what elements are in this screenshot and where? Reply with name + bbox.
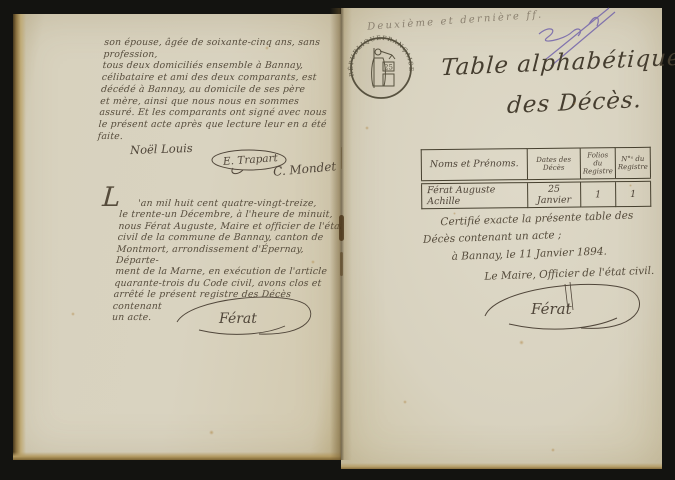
mayor-signature-left: Férat: [163, 290, 323, 340]
col-header-folios: Folios du Registre: [580, 148, 615, 181]
foxing-spot: [311, 260, 315, 264]
mayor-signature-left-text: Férat: [218, 311, 257, 327]
manuscript-line: le présent acte après que lecture leur e…: [98, 119, 341, 131]
left-page-bottom-edge: [13, 452, 341, 460]
left-page-stacked-edge: [13, 14, 26, 460]
foxing-spot: [551, 448, 555, 452]
cell-name: Férat Auguste Achille: [422, 181, 528, 209]
col-header-numeros: N°ˢ du Registre: [615, 147, 650, 180]
col-header-noms: Noms et Prénoms.: [421, 149, 527, 183]
foxing-spot: [573, 102, 576, 105]
initial-capital: L: [102, 192, 121, 203]
signature-noel-louis: Noël Louis: [130, 141, 193, 157]
manuscript-line: célibataire et ami des deux comparants, …: [101, 72, 344, 84]
foxing-spot: [365, 126, 369, 130]
manuscript-line: le trente-un Décembre, à l'heure de minu…: [119, 209, 346, 220]
manuscript-line: faite.: [97, 131, 340, 143]
republique-francaise-revenue-stamp: RÉPUBLIQUE FRANÇAISE 25: [347, 34, 415, 102]
page-title-line1: Table alphabétique: [440, 45, 675, 82]
table-row: Férat Auguste Achille 25 Janvier 1 1: [422, 180, 651, 209]
manuscript-line: quarante-trois du Code civil, avons clos…: [114, 278, 341, 289]
right-page-bottom-edge: [341, 463, 662, 469]
manuscript-line: civil de la commune de Bannay, canton de: [117, 232, 344, 243]
col-header-dates: Dates des Décès: [527, 148, 580, 181]
certification-line: Décès contenant un acte ;: [423, 229, 562, 246]
mayor-signature-right-text: Férat: [530, 300, 573, 318]
certification-line: à Bannay, le 11 Janvier 1894.: [451, 245, 607, 262]
alphabetical-death-index-table: Noms et Prénoms. Dates des Décès Folios …: [421, 147, 652, 209]
manuscript-line: son épouse, âgée de soixante-cinq ans, s…: [103, 37, 347, 60]
foxing-spot: [453, 212, 456, 215]
manuscript-line: 'an mil huit cent quatre-vingt-treize,: [138, 198, 347, 209]
foxing-spot: [629, 184, 632, 187]
right-page: Deuxième et dernière ff. RÉPUBLIQUE FRAN…: [341, 8, 662, 469]
cell-date: 25 Janvier: [527, 181, 580, 208]
manuscript-line: ment de la Marne, en exécution de l'arti…: [115, 266, 342, 277]
manuscript-line: décédé à Bannay, au domicile de ses père: [101, 84, 344, 96]
foxing-spot: [71, 312, 75, 316]
table-header-row: Noms et Prénoms. Dates des Décès Folios …: [421, 147, 650, 182]
scanned-register-photo: son épouse, âgée de soixante-cinq ans, s…: [0, 0, 675, 480]
foxing-spot: [209, 430, 214, 435]
mayor-signature-right: Férat: [469, 276, 654, 340]
manuscript-line: assuré. Et les comparants ont signé avec…: [99, 107, 342, 119]
manuscript-line: nous Férat Auguste, Maire et officier de…: [118, 221, 345, 232]
foxing-spot: [403, 400, 407, 404]
foxing-spot: [519, 340, 524, 345]
death-act-closing-paragraph: son épouse, âgée de soixante-cinq ans, s…: [97, 37, 346, 142]
cell-folio: 1: [580, 180, 615, 207]
manuscript-line: et mère, ainsi que nous nous en sommes: [100, 96, 343, 108]
foxing-spot: [265, 46, 269, 50]
manuscript-line: Montmort, arrondissement d'Épernay, Dépa…: [116, 244, 344, 267]
left-page: son épouse, âgée de soixante-cinq ans, s…: [13, 14, 341, 460]
certification-line: Certifié exacte la présente table des: [440, 210, 633, 229]
cell-numero: 1: [615, 180, 650, 207]
stamp-value-text: 25: [384, 64, 393, 72]
gutter-binding-mark: [339, 215, 344, 241]
manuscript-line: tous deux domiciliés ensemble à Bannay,: [102, 60, 345, 72]
